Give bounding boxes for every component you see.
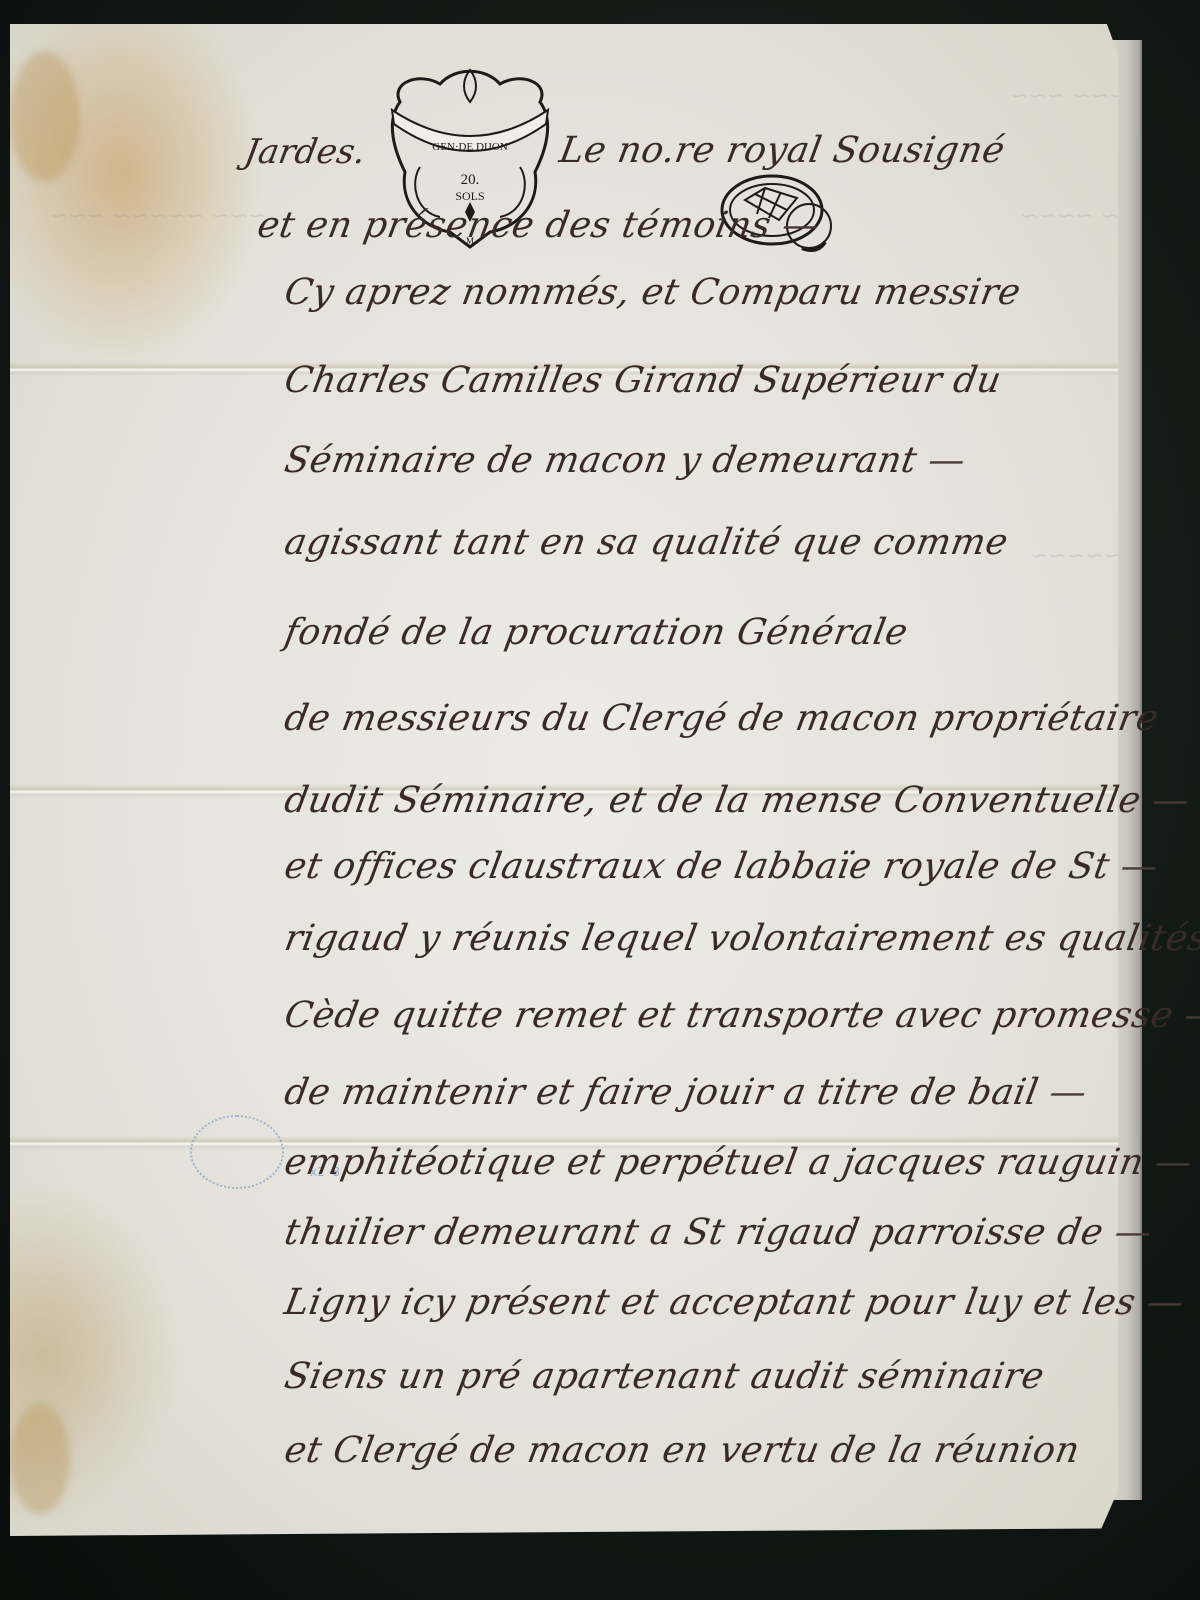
handwritten-line: dudit Séminaire, et de la mense Conventu… (281, 780, 1192, 821)
svg-text:20.: 20. (461, 172, 480, 188)
handwritten-line: Ligny icy présent et acceptant pour luy … (281, 1282, 1187, 1323)
water-stain-top (10, 52, 80, 182)
handwritten-line: emphitéotique et perpétuel a jacques rau… (281, 1142, 1195, 1183)
margin-note: Jardes. (241, 132, 368, 172)
handwritten-line: de messieurs du Clergé de macon propriét… (281, 698, 1161, 739)
handwritten-line: Le no.re royal Sousigné (556, 130, 1008, 171)
handwritten-line: et en présence des témoins — (254, 205, 822, 246)
blue-ink-stamp (190, 1115, 284, 1189)
water-stain-bottom (10, 1404, 70, 1514)
handwritten-line: Cède quitte remet et transporte avec pro… (281, 995, 1200, 1036)
handwritten-line: Charles Camilles Girand Supérieur du (281, 360, 1004, 401)
handwritten-line: fondé de la procuration Générale (281, 612, 911, 653)
handwritten-line: Siens un pré apartenant audit séminaire (281, 1356, 1047, 1397)
handwritten-line: agissant tant en sa qualité que comme (281, 522, 1011, 563)
handwritten-line: et offices claustraux de labbaïe royale … (281, 846, 1161, 887)
handwritten-line: Cy aprez nommés, et Comparu messire (281, 272, 1024, 313)
handwritten-line: de maintenir et faire jouir a titre de b… (281, 1072, 1090, 1113)
handwritten-line: Séminaire de macon y demeurant — (281, 440, 968, 481)
bleed-through-text: ~~~ ~~~~~ ~~~ (50, 204, 267, 229)
handwritten-line: thuilier demeurant a St rigaud parroisse… (281, 1212, 1155, 1253)
svg-text:GEN·DE DIJON: GEN·DE DIJON (432, 141, 508, 153)
svg-text:SOLS: SOLS (455, 189, 484, 203)
handwritten-line: rigaud y réunis lequel volontairement es… (281, 918, 1200, 959)
handwritten-line: et Clergé de macon en vertu de la réunio… (281, 1430, 1083, 1471)
bleed-through-text: ~~~~~ (1030, 544, 1122, 569)
